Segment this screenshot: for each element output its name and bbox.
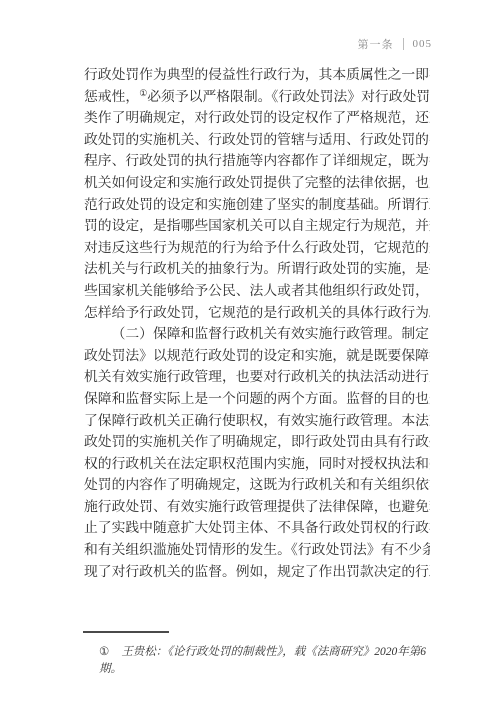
text-line: 政处罚的实施机关、行政处罚的管辖与适用、行政处罚的决定 xyxy=(84,129,430,151)
text-line: 处罚的内容作了明确规定，这既为行政机关和有关组织依法实 xyxy=(84,474,430,496)
running-header: 第一条 005 xyxy=(358,36,433,52)
text-line: 止了实践中随意扩大处罚主体、不具备行政处罚权的行政机关 xyxy=(84,517,430,539)
text-line: （二）保障和监督行政机关有效实施行政管理。制定《行 xyxy=(84,323,430,345)
text-line: 现了对行政机关的监督。例如，规定了作出罚款决定的行政机 xyxy=(84,561,430,583)
text-line: 政处罚法》以规范行政处罚的设定和实施，就是既要保障行政 xyxy=(84,345,430,367)
text-line: 行政处罚作为典型的侵益性行政行为，其本质属性之一即在于 xyxy=(84,64,430,86)
footnote-text: 王贵松：《论行政处罚的制裁性》，载《法商研究》2020年第6期。 xyxy=(99,646,426,675)
text-line: 对违反这些行为规范的行为给予什么行政处罚，它规范的是立 xyxy=(84,237,430,259)
text-line: 惩戒性，①必须予以严格限制。《行政处罚法》对行政处罚的种 xyxy=(84,86,430,108)
text-line: 罚的设定，是指哪些国家机关可以自主规定行为规范，并规定 xyxy=(84,215,430,237)
text-line: 些国家机关能够给予公民、法人或者其他组织行政处罚，以及 xyxy=(84,280,430,302)
page-number: 005 xyxy=(413,38,433,50)
text-line: 法机关与行政机关的抽象行为。所谓行政处罚的实施，是指哪 xyxy=(84,258,430,280)
text-line: 保障和监督实际上是一个问题的两个方面。监督的目的也是为 xyxy=(84,388,430,410)
footnote-ref-marker: ① xyxy=(139,88,147,98)
text-line: 权的行政机关在法定职权范围内实施，同时对授权执法和委托 xyxy=(84,453,430,475)
text-line: 机关有效实施行政管理，也要对行政机关的执法活动进行监督。 xyxy=(84,366,430,388)
body-text: 行政处罚作为典型的侵益性行政行为，其本质属性之一即在于惩戒性，①必须予以严格限制… xyxy=(84,64,430,582)
text-line: 程序、行政处罚的执行措施等内容都作了详细规定，既为行政 xyxy=(84,150,430,172)
footnote-rule xyxy=(83,631,169,633)
text-line: 施行政处罚、有效实施行政管理提供了法律保障，也避免和防 xyxy=(84,496,430,518)
footnote: ①王贵松：《论行政处罚的制裁性》，载《法商研究》2020年第6期。 xyxy=(99,644,431,678)
text-line: 怎样给予行政处罚，它规范的是行政机关的具体行政行为。 xyxy=(84,302,430,324)
text-line: 范行政处罚的设定和实施创建了坚实的制度基础。所谓行政处 xyxy=(84,194,430,216)
section-label: 第一条 xyxy=(358,36,394,52)
header-divider xyxy=(403,38,404,50)
footnote-marker: ① xyxy=(99,646,109,658)
text-line: 类作了明确规定，对行政处罚的设定权作了严格规范，还对行 xyxy=(84,107,430,129)
book-page: 第一条 005 行政处罚作为典型的侵益性行政行为，其本质属性之一即在于惩戒性，①… xyxy=(0,0,503,704)
text-line: 了保障行政机关正确行使职权，有效实施行政管理。本法对行 xyxy=(84,410,430,432)
text-line: 政处罚的实施机关作了明确规定，即行政处罚由具有行政处罚 xyxy=(84,431,430,453)
text-line: 和有关组织滥施处罚情形的发生。《行政处罚法》有不少条文体 xyxy=(84,539,430,561)
text-line: 机关如何设定和实施行政处罚提供了完整的法律依据，也为规 xyxy=(84,172,430,194)
